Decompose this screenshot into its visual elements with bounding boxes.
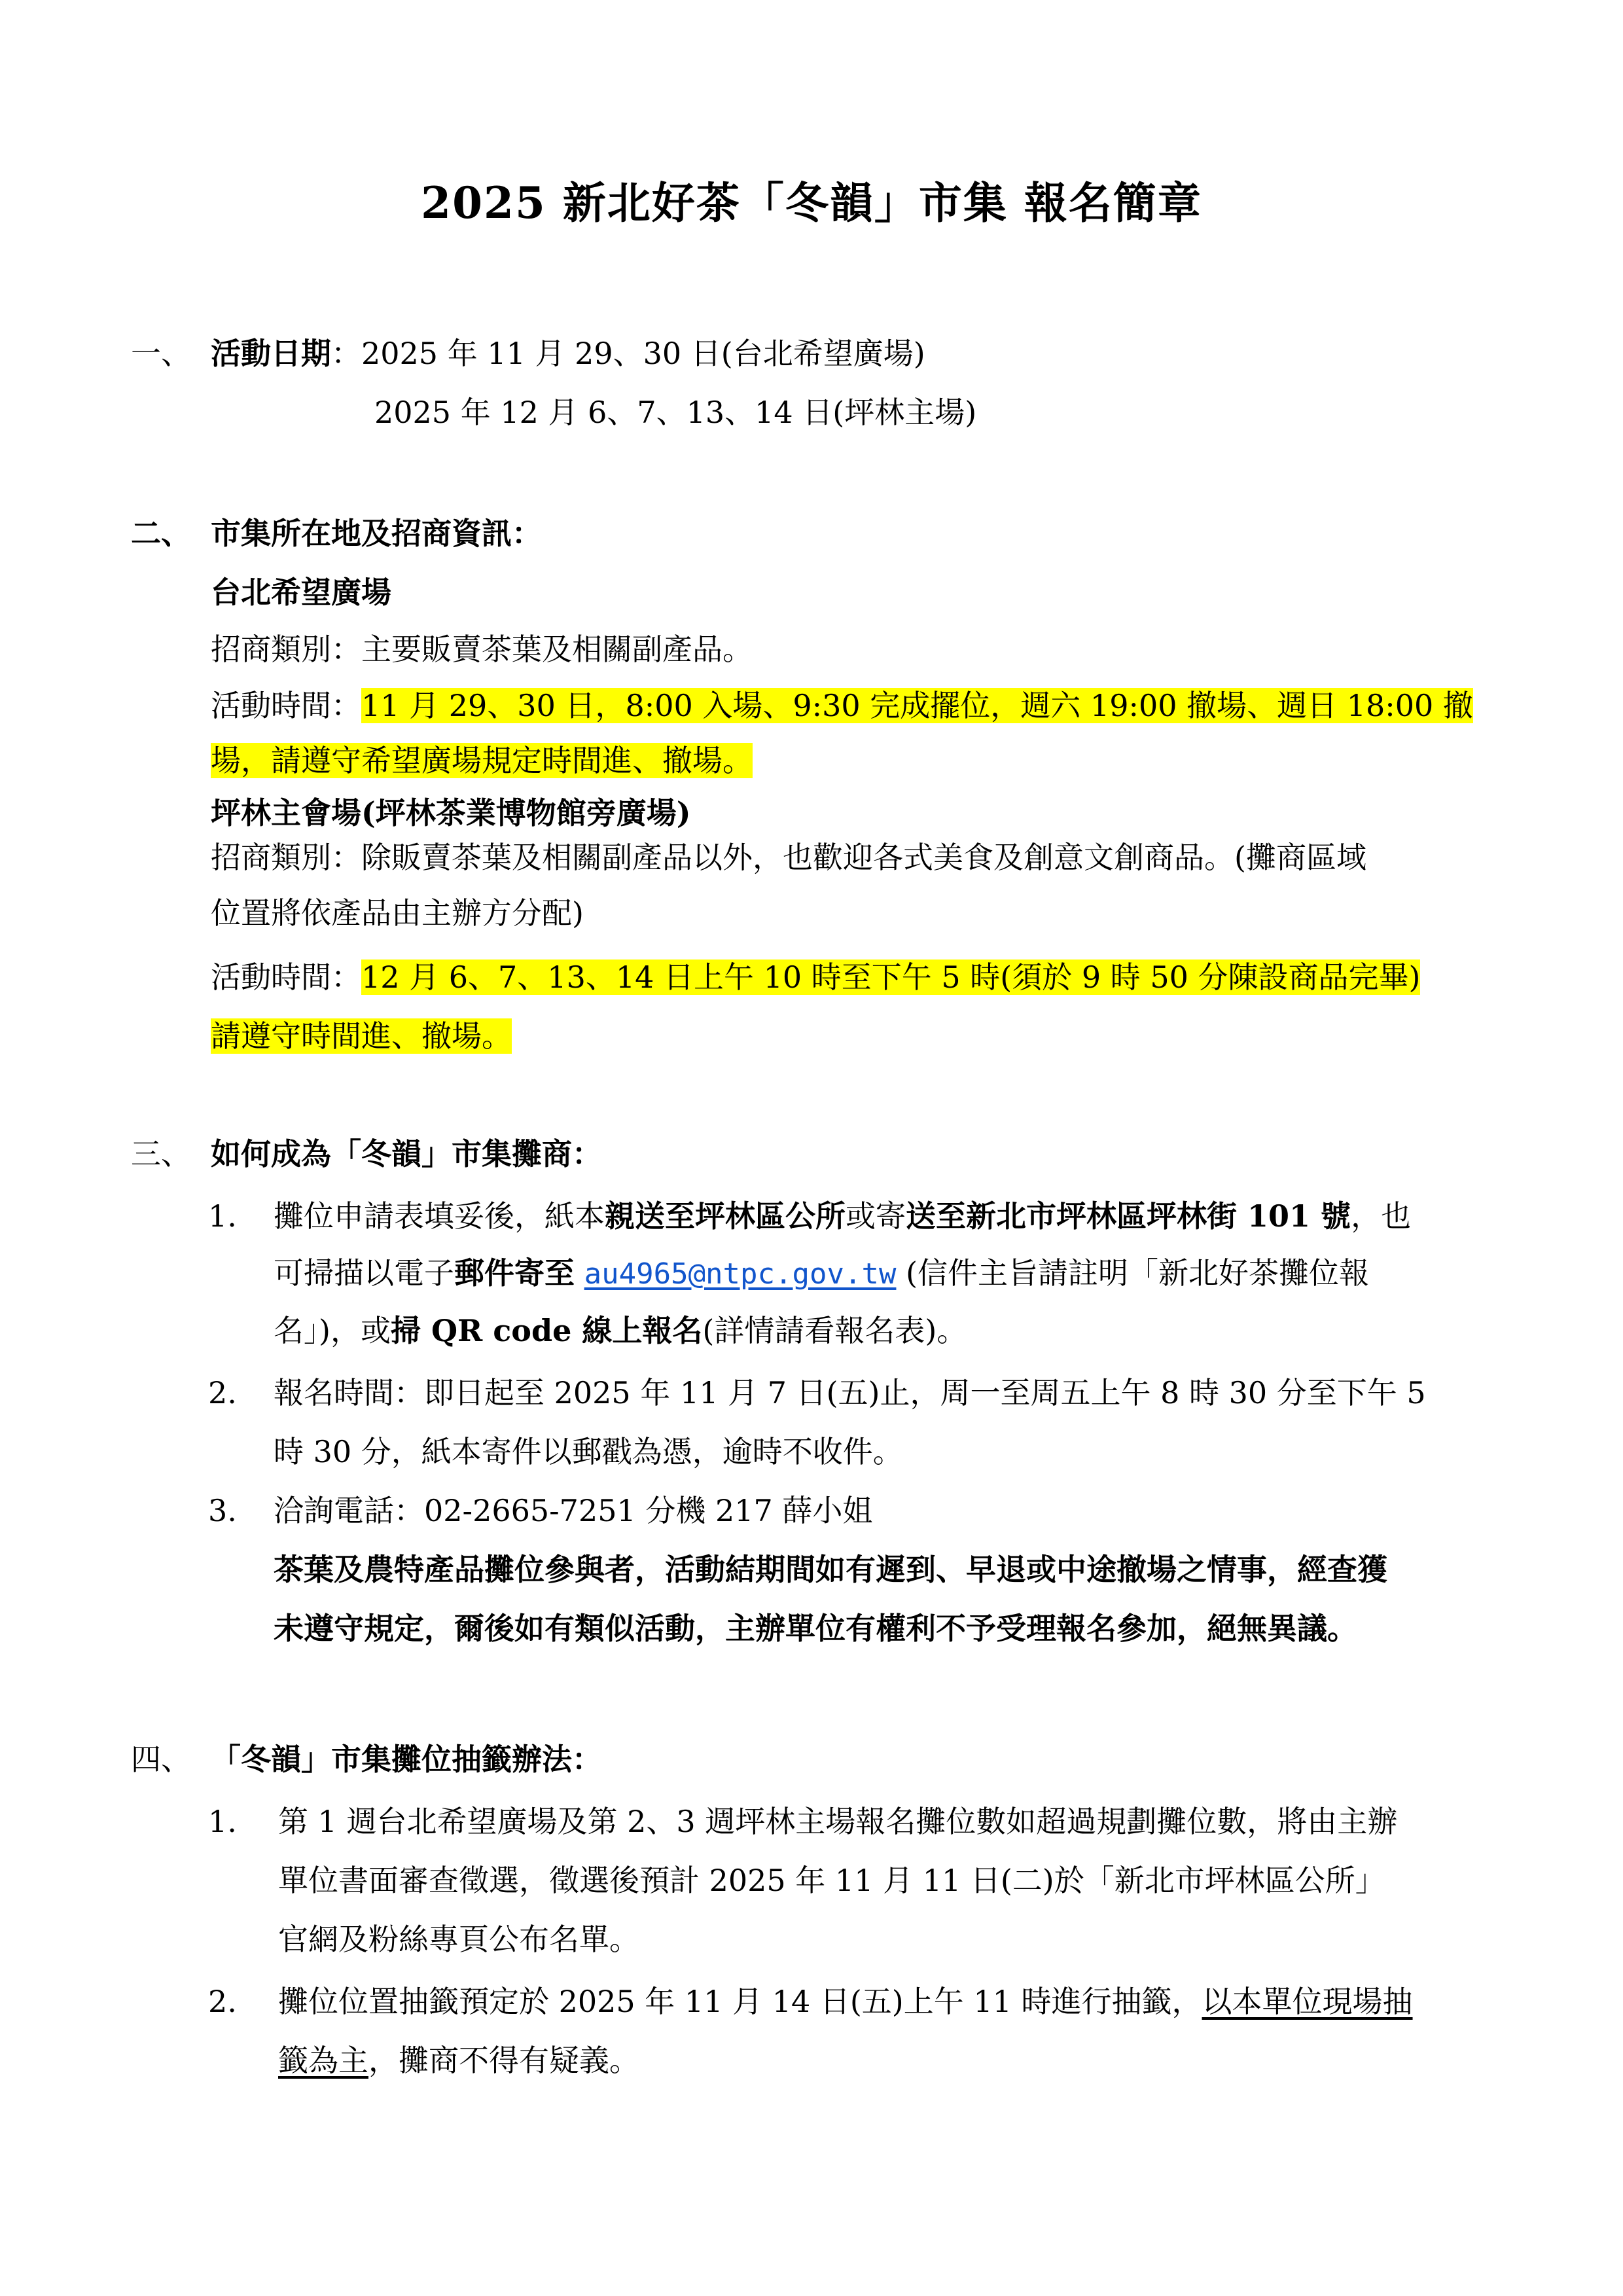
underlined-text: 籤為主 xyxy=(278,2043,368,2078)
bold-text: 親送至坪林區公所 xyxy=(605,1198,846,1234)
venue-taipei-category: 招商類別：主要販賣茶葉及相關副產品。 xyxy=(211,630,753,669)
list-number: 2. xyxy=(208,1373,237,1412)
text: (信件主旨請註明「新北好茶攤位報 xyxy=(906,1255,1369,1291)
section-heading: 如何成為「冬韻」市集攤商： xyxy=(211,1134,602,1174)
list-number: 3. xyxy=(208,1491,237,1530)
list-item-1-line-2: 可掃描以電子郵件寄至 au4965@ntpc.gov.tw (信件主旨請註明「新… xyxy=(274,1253,1369,1294)
bold-text: 郵件寄至 xyxy=(454,1255,575,1291)
time-label: 活動時間： xyxy=(211,688,361,723)
list-item-1-line-3: 官網及粉絲專頁公布名單。 xyxy=(278,1920,639,1959)
list-number: 1. xyxy=(208,1196,237,1236)
list-number: 2. xyxy=(208,1982,237,2021)
document-title: 2025 新北好茶「冬韻」市集 報名簡章 xyxy=(0,177,1623,229)
date-pinglin: 2025 年 12 月 6、7、13、14 日(坪林主場) xyxy=(374,393,976,432)
venue-pinglin-category-cont: 位置將依產品由主辦方分配) xyxy=(211,893,584,933)
highlighted-time: 11 月 29、30 日，8:00 入場、9:30 完成擺位，週六 19:00 … xyxy=(361,688,1473,723)
venue-name-taipei: 台北希望廣場 xyxy=(211,573,391,612)
bold-address: 送至新北市坪林區坪林街 101 號 xyxy=(906,1198,1351,1234)
list-item-1-line-2: 單位書面審查徵選，徵選後預計 2025 年 11 月 11 日(二)於「新北市坪… xyxy=(278,1861,1385,1900)
activity-dates-label: 活動日期 xyxy=(211,336,331,371)
section-number: 一、 xyxy=(131,334,191,373)
text: 攤位申請表填妥後，紙本 xyxy=(274,1198,605,1234)
text: ，攤商不得有疑義。 xyxy=(368,2043,639,2078)
list-item-2-line-1: 報名時間：即日起至 2025 年 11 月 7 日(五)止，周一至周五上午 8 … xyxy=(274,1373,1426,1412)
venue-name-pinglin: 坪林主會場(坪林茶業博物館旁廣場) xyxy=(211,793,691,833)
venue-pinglin-category: 招商類別：除販賣茶葉及相關副產品以外，也歡迎各式美食及創意文創商品。(攤商區域 xyxy=(211,838,1366,877)
list-item-1-line-1: 攤位申請表填妥後，紙本親送至坪林區公所或寄送至新北市坪林區坪林街 101 號，也 xyxy=(274,1196,1411,1236)
highlighted-time: 12 月 6、7、13、14 日上午 10 時至下午 5 時(須於 9 時 50… xyxy=(361,960,1420,995)
section-number: 四、 xyxy=(131,1740,191,1779)
text: 名」)，或 xyxy=(274,1313,391,1348)
section-heading: 「冬韻」市集攤位抽籤辦法： xyxy=(211,1740,602,1779)
category-label: 招商類別： xyxy=(211,840,361,875)
venue-taipei-time: 活動時間：11 月 29、30 日，8:00 入場、9:30 完成擺位，週六 1… xyxy=(211,686,1473,725)
section-number: 二、 xyxy=(131,514,191,553)
notice-line-2: 未遵守規定，爾後如有類似活動，主辦單位有權利不予受理報名參加，絕無異議。 xyxy=(274,1609,1357,1648)
time-label: 活動時間： xyxy=(211,960,361,995)
text: 可掃描以電子 xyxy=(274,1255,454,1291)
bold-text: 掃 QR code 線上報名 xyxy=(391,1313,702,1348)
category-label: 招商類別： xyxy=(211,632,361,667)
notice-line-1: 茶葉及農特產品攤位參與者，活動結期間如有遲到、早退或中途撤場之情事，經查獲 xyxy=(274,1550,1387,1589)
text: 或寄 xyxy=(846,1198,906,1234)
list-item-2-line-1: 攤位位置抽籤預定於 2025 年 11 月 14 日(五)上午 11 時進行抽籤… xyxy=(278,1982,1413,2021)
list-item-2-line-2: 籤為主，攤商不得有疑義。 xyxy=(278,2041,639,2080)
venue-pinglin-time: 活動時間：12 月 6、7、13、14 日上午 10 時至下午 5 時(須於 9… xyxy=(211,958,1420,997)
section-heading: 市集所在地及招商資訊： xyxy=(211,514,542,553)
venue-taipei-time-cont: 場，請遵守希望廣場規定時間進、撤場。 xyxy=(211,741,753,780)
highlighted-time-cont: 場，請遵守希望廣場規定時間進、撤場。 xyxy=(211,743,753,778)
list-item-1-line-1: 第 1 週台北希望廣場及第 2、3 週坪林主場報名攤位數如超過規劃攤位數，將由主… xyxy=(278,1802,1397,1841)
contact-phone: 洽詢電話：02-2665-7251 分機 217 薛小姐 xyxy=(274,1491,872,1530)
activity-dates-line-1: 活動日期：2025 年 11 月 29、30 日(台北希望廣場) xyxy=(211,334,925,373)
text: 攤位位置抽籤預定於 2025 年 11 月 14 日(五)上午 11 時進行抽籤… xyxy=(278,1984,1202,2019)
text: (詳情請看報名表)。 xyxy=(702,1313,967,1348)
underlined-text: 以本單位現場抽 xyxy=(1202,1984,1413,2019)
category-text: 除販賣茶葉及相關副產品以外，也歡迎各式美食及創意文創商品。(攤商區域 xyxy=(361,840,1366,875)
date-taipei: 2025 年 11 月 29、30 日(台北希望廣場) xyxy=(361,336,925,371)
list-item-1-line-3: 名」)，或掃 QR code 線上報名(詳情請看報名表)。 xyxy=(274,1311,967,1350)
text: ，也 xyxy=(1351,1198,1411,1234)
venue-pinglin-time-cont: 請遵守時間進、撤場。 xyxy=(211,1016,512,1056)
email-link[interactable]: au4965@ntpc.gov.tw xyxy=(584,1257,897,1291)
highlighted-time-cont: 請遵守時間進、撤場。 xyxy=(211,1018,512,1054)
list-item-2-line-2: 時 30 分，紙本寄件以郵戳為憑，逾時不收件。 xyxy=(274,1432,903,1471)
list-number: 1. xyxy=(208,1802,237,1841)
section-number: 三、 xyxy=(131,1134,191,1174)
category-text: 主要販賣茶葉及相關副產品。 xyxy=(361,632,753,667)
colon: ： xyxy=(331,336,361,371)
